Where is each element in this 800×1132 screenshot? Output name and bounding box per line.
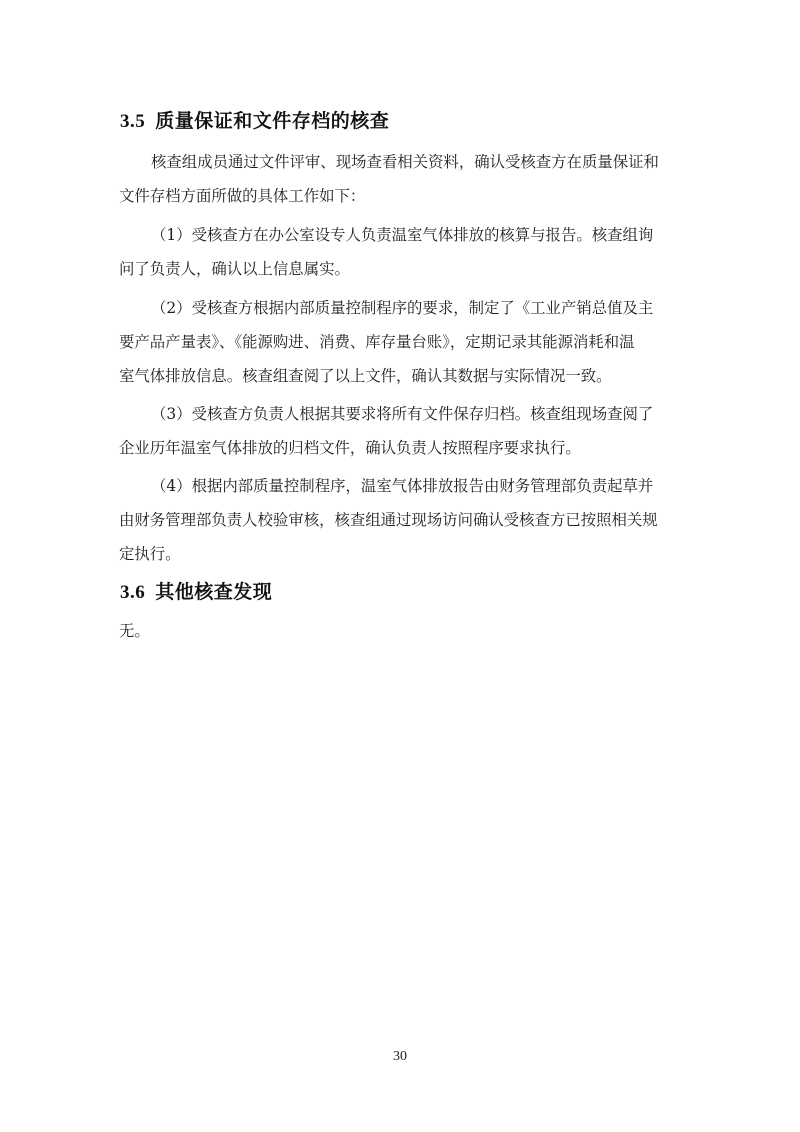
list-item-1: （1）受核查方在办公室设专人负责温室气体排放的核算与报告。核查组询 问了负责人，…	[119, 218, 685, 286]
section-title: 其他核查发现	[155, 581, 272, 603]
paragraph-line: 问了负责人，确认以上信息属实。	[119, 252, 685, 286]
intro-paragraph: 核查组成员通过文件评审、现场查看相关资料，确认受核查方在质量保证和 文件存档方面…	[119, 145, 685, 213]
paragraph-line: 无。	[119, 614, 685, 648]
paragraph-line: （1）受核查方在办公室设专人负责温室气体排放的核算与报告。核查组询	[119, 218, 685, 252]
paragraph-line: 核查组成员通过文件评审、现场查看相关资料，确认受核查方在质量保证和	[119, 145, 685, 179]
list-item-4: （4）根据内部质量控制程序，温室气体排放报告由财务管理部负责起草并 由财务管理部…	[119, 469, 685, 571]
paragraph-line: 定执行。	[119, 537, 685, 571]
section-heading-3-5: 3.5质量保证和文件存档的核查	[120, 106, 389, 133]
paragraph-line: 企业历年温室气体排放的归档文件，确认负责人按照程序要求执行。	[119, 431, 685, 465]
list-item-3: （3）受核查方负责人根据其要求将所有文件保存归档。核查组现场查阅了 企业历年温室…	[119, 397, 685, 465]
paragraph-line: 由财务管理部负责人校验审核，核查组通过现场访问确认受核查方已按照相关规	[119, 503, 685, 537]
section-heading-3-6: 3.6其他核查发现	[120, 577, 272, 604]
paragraph-line: 文件存档方面所做的具体工作如下：	[119, 179, 685, 213]
document-page: 3.5质量保证和文件存档的核查 核查组成员通过文件评审、现场查看相关资料，确认受…	[0, 0, 800, 1132]
section-title: 质量保证和文件存档的核查	[155, 110, 389, 132]
page-number: 30	[0, 1049, 800, 1065]
section-3-6-body: 无。	[119, 614, 685, 648]
paragraph-line: （2）受核查方根据内部质量控制程序的要求，制定了《工业产销总值及主	[119, 291, 685, 325]
paragraph-line: （3）受核查方负责人根据其要求将所有文件保存归档。核查组现场查阅了	[119, 397, 685, 431]
paragraph-line: （4）根据内部质量控制程序，温室气体排放报告由财务管理部负责起草并	[119, 469, 685, 503]
paragraph-line: 室气体排放信息。核查组查阅了以上文件，确认其数据与实际情况一致。	[119, 359, 685, 393]
list-item-2: （2）受核查方根据内部质量控制程序的要求，制定了《工业产销总值及主 要产品产量表…	[119, 291, 685, 393]
paragraph-line: 要产品产量表》、《能源购进、消费、库存量台账》，定期记录其能源消耗和温	[119, 325, 685, 359]
section-number: 3.6	[120, 582, 145, 603]
section-number: 3.5	[120, 111, 145, 132]
